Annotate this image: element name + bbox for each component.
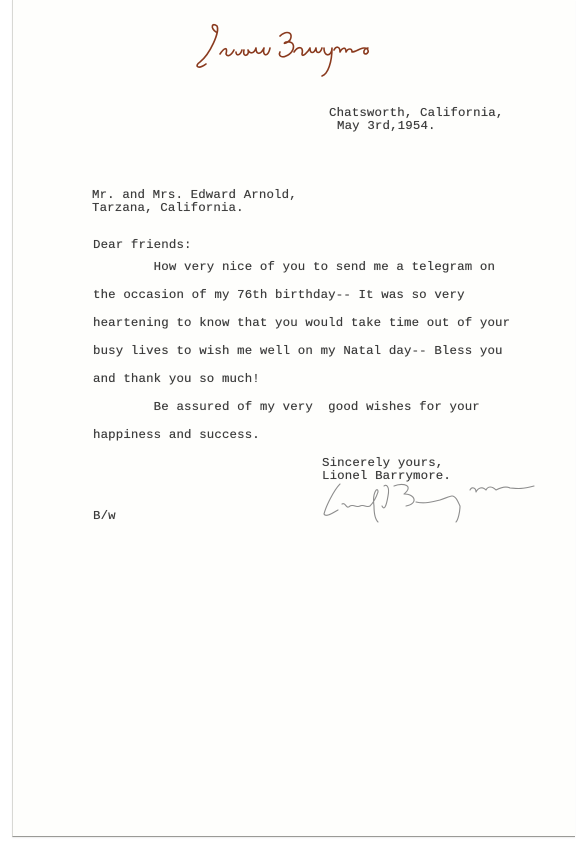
body-line: the occasion of my 76th birthday-- It wa… bbox=[93, 281, 465, 309]
letterhead-signature bbox=[190, 18, 390, 78]
salutation: Dear friends: bbox=[93, 239, 192, 252]
recipient-line-2: Tarzana, California. bbox=[92, 202, 244, 215]
body-line: How very nice of you to send me a telegr… bbox=[93, 253, 495, 281]
body-line: and thank you so much! bbox=[93, 365, 260, 393]
body-line: busy lives to wish me well on my Natal d… bbox=[93, 337, 503, 365]
body-line: Be assured of my very good wishes for yo… bbox=[93, 393, 480, 421]
body-line: happiness and success. bbox=[93, 421, 260, 449]
body-line: heartening to know that you would take t… bbox=[93, 309, 510, 337]
dateline-date: May 3rd,1954. bbox=[337, 120, 436, 133]
typist-initials: B/w bbox=[93, 510, 116, 523]
closing-signature bbox=[320, 476, 550, 526]
